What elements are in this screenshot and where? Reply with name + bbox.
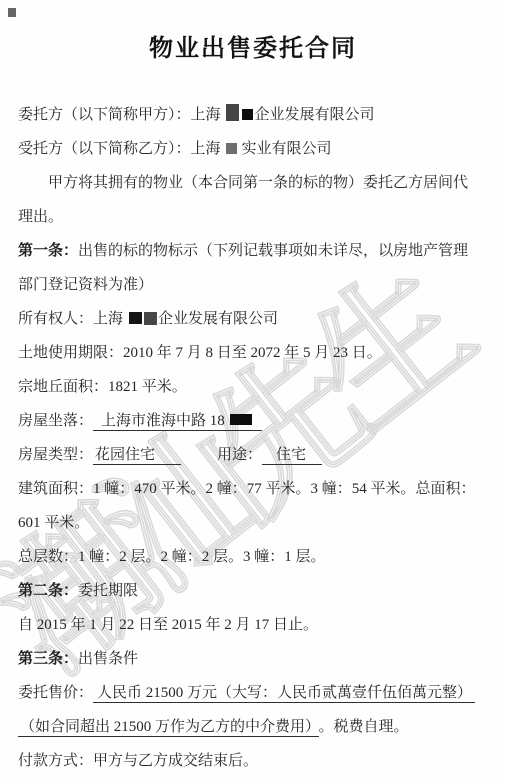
clause-3-title: 出售条件 (78, 651, 138, 667)
intro-text-2: 理出。 (18, 209, 63, 225)
plot-area-text: 宗地丘面积：1821 平米。 (18, 379, 187, 395)
scan-artifact-mark (8, 8, 16, 17)
party-a-label: 委托方（以下简称甲方）： (18, 107, 191, 123)
house-type-line: 房屋类型：花园住宅用途：住宅 (18, 438, 490, 472)
clause-1-heading: 第一条： (18, 243, 78, 259)
party-b-suffix: 实业有限公司 (242, 141, 332, 157)
house-type-value: 花园住宅 (93, 447, 181, 465)
redaction-block (226, 143, 237, 154)
owner-suffix: 企业发展有限公司 (158, 311, 278, 327)
intro-text-1: 甲方将其拥有的物业（本合同第一条的标的物）委托乙方居间代 (48, 175, 468, 191)
location-value: 上海市淮海中路 18 (93, 413, 262, 431)
building-area-line-2: 601 平米。 (18, 506, 490, 540)
party-a-prefix: 上海 (191, 107, 221, 123)
party-b-line: 受托方（以下简称乙方）：上海实业有限公司 (18, 132, 490, 166)
location-line: 房屋坐落：上海市淮海中路 18 (18, 404, 490, 438)
entrust-term-line: 自 2015 年 1 月 22 日至 2015 年 2 月 17 日止。 (18, 608, 490, 642)
price-label: 委托售价： (18, 685, 93, 701)
building-area-text-2: 601 平米。 (18, 515, 89, 531)
land-term-line: 土地使用期限：2010 年 7 月 8 日至 2072 年 5 月 23 日。 (18, 336, 490, 370)
clause-1-line-1: 第一条：出售的标的物标示（下列记载事项如未详尽，以房地产管理 (18, 234, 490, 268)
entrust-term-text: 自 2015 年 1 月 22 日至 2015 年 2 月 17 日止。 (18, 617, 318, 633)
party-b-prefix: 上海 (191, 141, 221, 157)
location-value-text: 上海市淮海中路 18 (101, 413, 225, 429)
redaction-block (226, 104, 239, 121)
plot-area-line: 宗地丘面积：1821 平米。 (18, 370, 490, 404)
party-a-suffix: 企业发展有限公司 (255, 107, 375, 123)
price-note-tail: 。税费自理。 (319, 719, 409, 735)
clause-3-line: 第三条：出售条件 (18, 642, 490, 676)
clause-1-text-1: 出售的标的物标示（下列记载事项如未详尽，以房地产管理 (78, 243, 468, 259)
clause-1-text-2: 部门登记资料为准） (18, 277, 153, 293)
owner-label: 所有权人： (18, 311, 93, 327)
owner-prefix: 上海 (93, 311, 123, 327)
building-area-line-1: 建筑面积：1 幢：470 平米。2 幢：77 平米。3 幢：54 平米。总面积： (18, 472, 490, 506)
usage-label: 用途： (217, 447, 262, 463)
price-note-line: （如合同超出 21500 万作为乙方的中介费用）。税费自理。 (18, 710, 490, 744)
clause-2-line: 第二条：委托期限 (18, 574, 490, 608)
price-line: 委托售价：人民币 21500 万元（大写：人民币贰萬壹仟伍佰萬元整） (18, 676, 490, 710)
floors-text: 总层数：1 幢：2 层。2 幢：2 层。3 幢：1 层。 (18, 549, 326, 565)
intro-line-1: 甲方将其拥有的物业（本合同第一条的标的物）委托乙方居间代 (18, 166, 490, 200)
price-note-underlined: （如合同超出 21500 万作为乙方的中介费用） (18, 719, 319, 737)
contract-document: 潮汕先生 物业出售委托合同 委托方（以下简称甲方）：上海企业发展有限公司 受托方… (0, 0, 506, 784)
redaction-block (242, 109, 253, 120)
document-body: 委托方（以下简称甲方）：上海企业发展有限公司 受托方（以下简称乙方）：上海实业有… (0, 98, 506, 778)
document-title: 物业出售委托合同 (0, 0, 506, 63)
party-b-label: 受托方（以下简称乙方）： (18, 141, 191, 157)
redaction-block (129, 312, 142, 324)
clause-2-heading: 第二条： (18, 583, 78, 599)
redaction-block (230, 414, 252, 425)
payment-text: 付款方式：甲方与乙方成交结束后。 (18, 753, 258, 769)
location-label: 房屋坐落： (18, 413, 93, 429)
house-type-label: 房屋类型： (18, 447, 93, 463)
party-a-line: 委托方（以下简称甲方）：上海企业发展有限公司 (18, 98, 490, 132)
usage-value: 住宅 (262, 447, 322, 465)
clause-2-title: 委托期限 (78, 583, 138, 599)
land-term-text: 土地使用期限：2010 年 7 月 8 日至 2072 年 5 月 23 日。 (18, 345, 382, 361)
price-value: 人民币 21500 万元（大写：人民币贰萬壹仟伍佰萬元整） (93, 685, 475, 703)
owner-line: 所有权人：上海企业发展有限公司 (18, 302, 490, 336)
redaction-block (144, 312, 157, 325)
floors-line: 总层数：1 幢：2 层。2 幢：2 层。3 幢：1 层。 (18, 540, 490, 574)
clause-3-heading: 第三条： (18, 651, 78, 667)
building-area-text-1: 建筑面积：1 幢：470 平米。2 幢：77 平米。3 幢：54 平米。总面积： (18, 481, 476, 497)
clause-1-line-2: 部门登记资料为准） (18, 268, 490, 302)
intro-line-2: 理出。 (18, 200, 490, 234)
payment-line: 付款方式：甲方与乙方成交结束后。 (18, 744, 490, 778)
